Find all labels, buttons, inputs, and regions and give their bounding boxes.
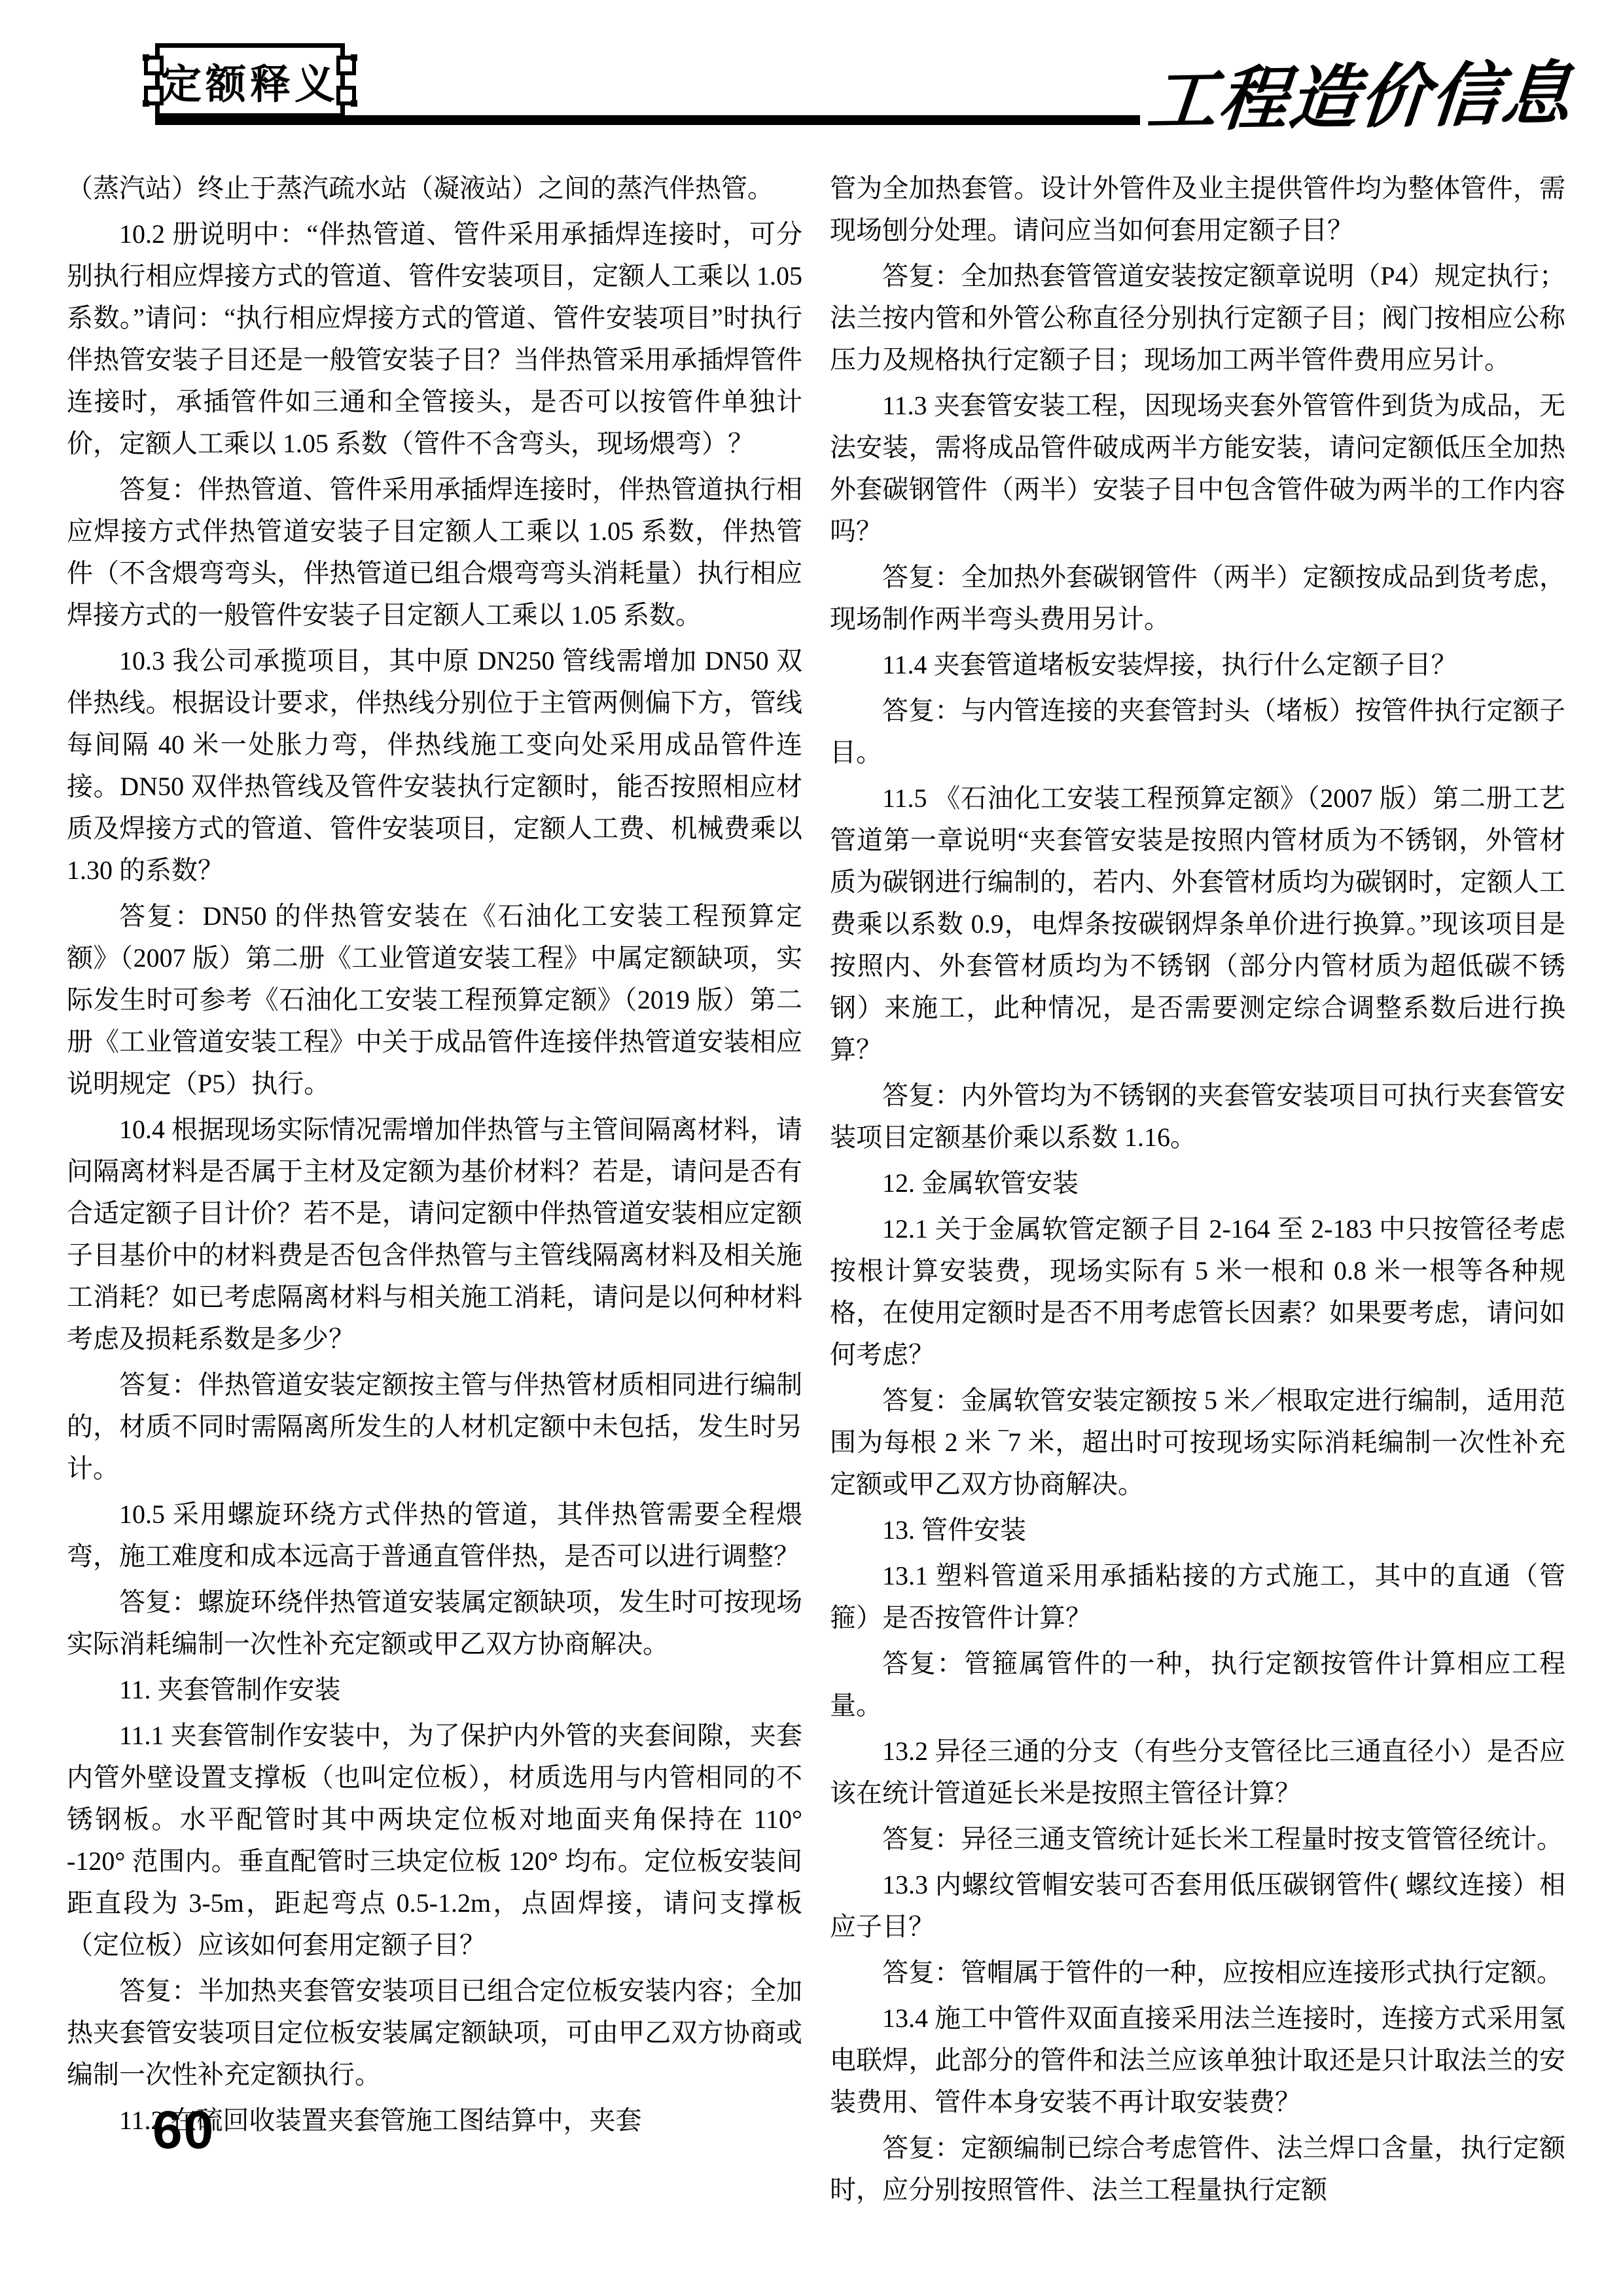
badge-corner-ornament [144, 86, 164, 105]
badge-corner-ornament [144, 56, 164, 75]
question-paragraph: 13.3 内螺纹管帽安装可否套用低压碳钢管件( 螺纹连接）相应子目？ [830, 1864, 1565, 1948]
section-badge: 定额释义 [155, 43, 345, 118]
badge-corner-ornament [336, 56, 356, 75]
text-column-right: 管为全加热套管。设计外管件及业主提供管件均为整体管件，需现场刨分处理。请问应当如… [830, 164, 1565, 2215]
answer-paragraph: 答复：管箍属管件的一种，执行定额按管件计算相应工程量。 [830, 1643, 1565, 1727]
answer-paragraph: 答复：定额编制已综合考虑管件、法兰焊口含量，执行定额时，应分别按照管件、法兰工程… [830, 2127, 1565, 2211]
answer-paragraph: 答复：全加热外套碳钢管件（两半）定额按成品到货考虑，现场制作两半弯头费用另计。 [830, 556, 1565, 640]
continuation-paragraph: 管为全加热套管。设计外管件及业主提供管件均为整体管件，需现场刨分处理。请问应当如… [830, 168, 1565, 251]
answer-paragraph: 答复：伴热管道安装定额按主管与伴热管材质相同进行编制的，材质不同时需隔离所发生的… [67, 1364, 802, 1490]
question-paragraph: 11.4 夹套管道堵板安装焊接，执行什么定额子目？ [830, 644, 1565, 686]
answer-paragraph: 答复：螺旋环绕伴热管道安装属定额缺项，发生时可按现场实际消耗编制一次性补充定额或… [67, 1581, 802, 1665]
document-page: 定额释义 工程造价信息 （蒸汽站）终止于蒸汽疏水站（凝液站）之间的蒸汽伴热管。1… [0, 0, 1623, 2296]
answer-paragraph: 答复：与内管连接的夹套管封头（堵板）按管件执行定额子目。 [830, 690, 1565, 774]
answer-paragraph: 答复：半加热夹套管安装项目已组合定位板安装内容；全加热夹套管安装项目定位板安装属… [67, 1970, 802, 2096]
continuation-paragraph: （蒸汽站）终止于蒸汽疏水站（凝液站）之间的蒸汽伴热管。 [67, 168, 802, 209]
question-paragraph: 10.4 根据现场实际情况需增加伴热管与主管间隔离材料，请问隔离材料是否属于主材… [67, 1109, 802, 1360]
question-paragraph: 13.2 异径三通的分支（有些分支管径比三通直径小）是否应该在统计管道延长米是按… [830, 1731, 1565, 1814]
answer-paragraph: 答复：全加热套管管道安装按定额章说明（P4）规定执行；法兰按内管和外管公称直径分… [830, 255, 1565, 381]
question-paragraph: 12.1 关于金属软管定额子目 2-164 至 2-183 中只按管径考虑按根计… [830, 1208, 1565, 1376]
answer-paragraph: 答复：DN50 的伴热管安装在《石油化工安装工程预算定额》（2007 版）第二册… [67, 895, 802, 1105]
question-paragraph: 10.2 册说明中：“伴热管道、管件采用承插焊连接时，可分别执行相应焊接方式的管… [67, 213, 802, 465]
answer-paragraph: 答复：管帽属于管件的一种，应按相应连接形式执行定额。 [830, 1952, 1565, 1994]
section-heading: 13. 管件安装 [830, 1509, 1565, 1551]
question-paragraph: 10.5 采用螺旋环绕方式伴热的管道，其伴热管需要全程煨弯，施工难度和成本远高于… [67, 1494, 802, 1577]
journal-masthead: 工程造价信息 [1144, 38, 1578, 145]
question-paragraph: 13.4 施工中管件双面直接采用法兰连接时，连接方式采用氢电联焊，此部分的管件和… [830, 1998, 1565, 2123]
answer-paragraph: 答复：异径三通支管统计延长米工程量时按支管管径统计。 [830, 1818, 1565, 1860]
page-number: 60 [152, 2100, 215, 2161]
article-body: （蒸汽站）终止于蒸汽疏水站（凝液站）之间的蒸汽伴热管。10.2 册说明中：“伴热… [67, 164, 1565, 2215]
question-paragraph: 13.1 塑料管道采用承插粘接的方式施工，其中的直通（管箍）是否按管件计算？ [830, 1555, 1565, 1639]
answer-paragraph: 答复：伴热管道、管件采用承插焊连接时，伴热管道执行相应焊接方式伴热管道安装子目定… [67, 469, 802, 636]
text-column-left: （蒸汽站）终止于蒸汽疏水站（凝液站）之间的蒸汽伴热管。10.2 册说明中：“伴热… [67, 164, 802, 2215]
section-heading: 11. 夹套管制作安装 [67, 1669, 802, 1711]
section-badge-label: 定额释义 [161, 52, 339, 110]
question-paragraph: 11.1 夹套管制作安装中，为了保护内外管的夹套间隙，夹套内管外壁设置支撑板（也… [67, 1715, 802, 1966]
answer-paragraph: 答复：内外管均为不锈钢的夹套管安装项目可执行夹套管安装项目定额基价乘以系数 1.… [830, 1075, 1565, 1158]
question-paragraph: 11.3 夹套管安装工程，因现场夹套外管管件到货为成品，无法安装，需将成品管件破… [830, 385, 1565, 552]
badge-corner-ornament [336, 86, 356, 105]
question-paragraph: 10.3 我公司承揽项目，其中原 DN250 管线需增加 DN50 双伴热线。根… [67, 640, 802, 891]
section-heading: 12. 金属软管安装 [830, 1162, 1565, 1204]
question-paragraph: 11.5 《石油化工安装工程预算定额》（2007 版）第二册工艺管道第一章说明“… [830, 778, 1565, 1071]
answer-paragraph: 答复：金属软管安装定额按 5 米／根取定进行编制，适用范围为每根 2 米 ‾7 … [830, 1380, 1565, 1505]
